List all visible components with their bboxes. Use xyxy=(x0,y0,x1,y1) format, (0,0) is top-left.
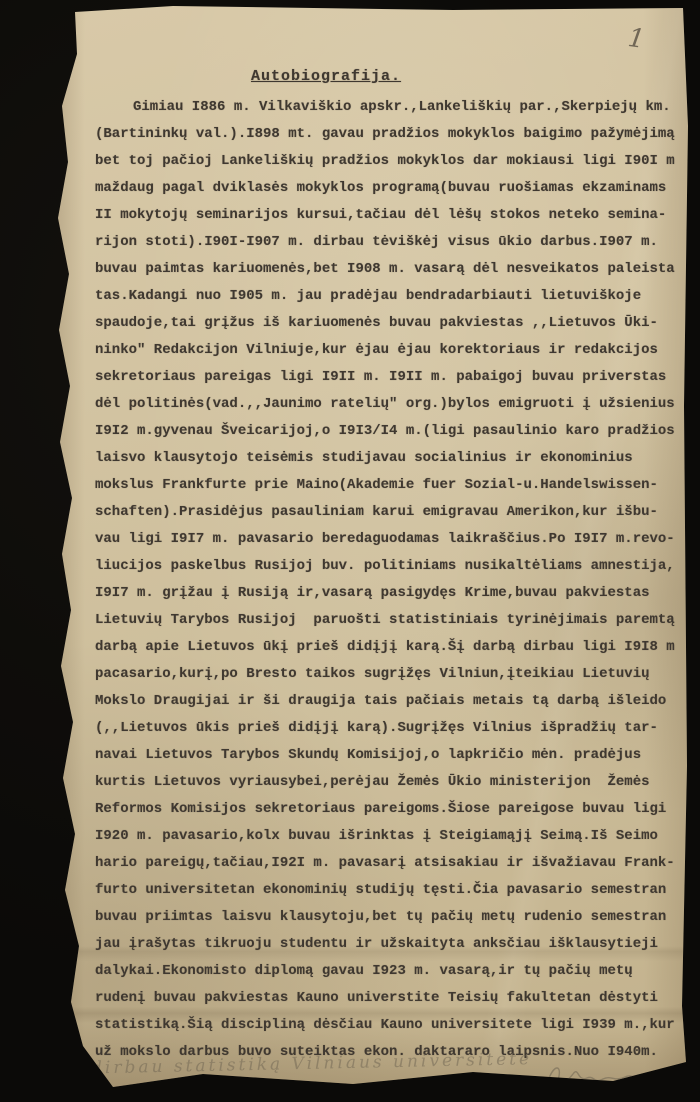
text-line: Lietuvių Tarybos Rusijoj paruošti statis… xyxy=(95,607,687,634)
text-line: hario pareigų,tačiau,I92I m. pavasarį at… xyxy=(95,850,687,877)
body-text: Gimiau I886 m. Vilkaviškio apskr.,Lankel… xyxy=(95,94,687,1066)
text-line: spaudoje,tai grįžus iš kariuomenės buvau… xyxy=(95,310,687,337)
text-line: darbą apie Lietuvos ūkį prieš didįjį kar… xyxy=(95,634,687,661)
text-line: mokslus Frankfurte prie Maino(Akademie f… xyxy=(95,472,687,499)
text-line: liucijos paskelbus Rusijoj buv. politini… xyxy=(95,553,687,580)
scan-background: 1 Autobiografija. Gimiau I886 m. Vilkavi… xyxy=(0,0,700,1102)
text-line: vau ligi I9I7 m. pavasario beredaguodama… xyxy=(95,526,687,553)
document-page: 1 Autobiografija. Gimiau I886 m. Vilkavi… xyxy=(53,6,688,1089)
typed-content: Autobiografija. Gimiau I886 m. Vilkavišk… xyxy=(95,6,687,1066)
text-line: dėl politinės(vad.,,Jaunimo ratelių" org… xyxy=(95,391,687,418)
text-line: rudenį buvau pakviestas Kauno universtit… xyxy=(95,985,687,1012)
text-line: furto universitetan ekonominių studijų t… xyxy=(95,877,687,904)
text-line: ninko" Redakcijon Vilniuje,kur ėjau ėjau… xyxy=(95,337,687,364)
text-line: I9I7 m. grįžau į Rusiją ir,vasarą pasigy… xyxy=(95,580,687,607)
text-line: I920 m. pavasario,kolx buvau išrinktas į… xyxy=(95,823,687,850)
text-line: I9I2 m.gyvenau Šveicarijoj,o I9I3/I4 m.(… xyxy=(95,418,687,445)
text-line: buvau priimtas laisvu klausytoju,bet tų … xyxy=(95,904,687,931)
text-line: schaften).Prasidėjus pasauliniam karui e… xyxy=(95,499,687,526)
text-line: maždaug pagal dviklasės mokyklos program… xyxy=(95,175,687,202)
text-line: pacasario,kurį,po Bresto taikos sugrįžęs… xyxy=(95,661,687,688)
text-line: tas.Kadangi nuo I905 m. jau pradėjau ben… xyxy=(95,283,687,310)
text-line: sekretoriaus pareigas ligi I9II m. I9II … xyxy=(95,364,687,391)
text-line: (,,Lietuvos ūkis prieš didįjį karą).Sugr… xyxy=(95,715,687,742)
text-line: II mokytojų seminarijos kursui,tačiau dė… xyxy=(95,202,687,229)
text-line: dalykai.Ekonomisto diplomą gavau I923 m.… xyxy=(95,958,687,985)
text-line: Gimiau I886 m. Vilkaviškio apskr.,Lankel… xyxy=(95,94,687,121)
text-line: Mokslo Draugijai ir ši draugija tais pač… xyxy=(95,688,687,715)
text-line: (Bartininkų val.).I898 mt. gavau pradžio… xyxy=(95,121,687,148)
text-line: buvau paimtas kariuomenės,bet I908 m. va… xyxy=(95,256,687,283)
text-line: kurtis Lietuvos vyriausybei,perėjau Žemė… xyxy=(95,769,687,796)
text-line: Reformos Komisijos sekretoriaus pareigom… xyxy=(95,796,687,823)
text-line: rijon stoti).I90I-I907 m. dirbau tėviškė… xyxy=(95,229,687,256)
text-line: jau įrašytas tikruoju studentu ir užskai… xyxy=(95,931,687,958)
text-line: navai Lietuvos Tarybos Skundų Komisijoj,… xyxy=(95,742,687,769)
text-line: bet toj pačioj Lankeliškių pradžios moky… xyxy=(95,148,687,175)
signature-scribble xyxy=(543,1056,673,1089)
text-line: statistiką.Šią discipliną dėsčiau Kauno … xyxy=(95,1012,687,1039)
document-title: Autobiografija. xyxy=(251,68,687,85)
text-line: laisvo klausytojo teisėmis studijavau so… xyxy=(95,445,687,472)
